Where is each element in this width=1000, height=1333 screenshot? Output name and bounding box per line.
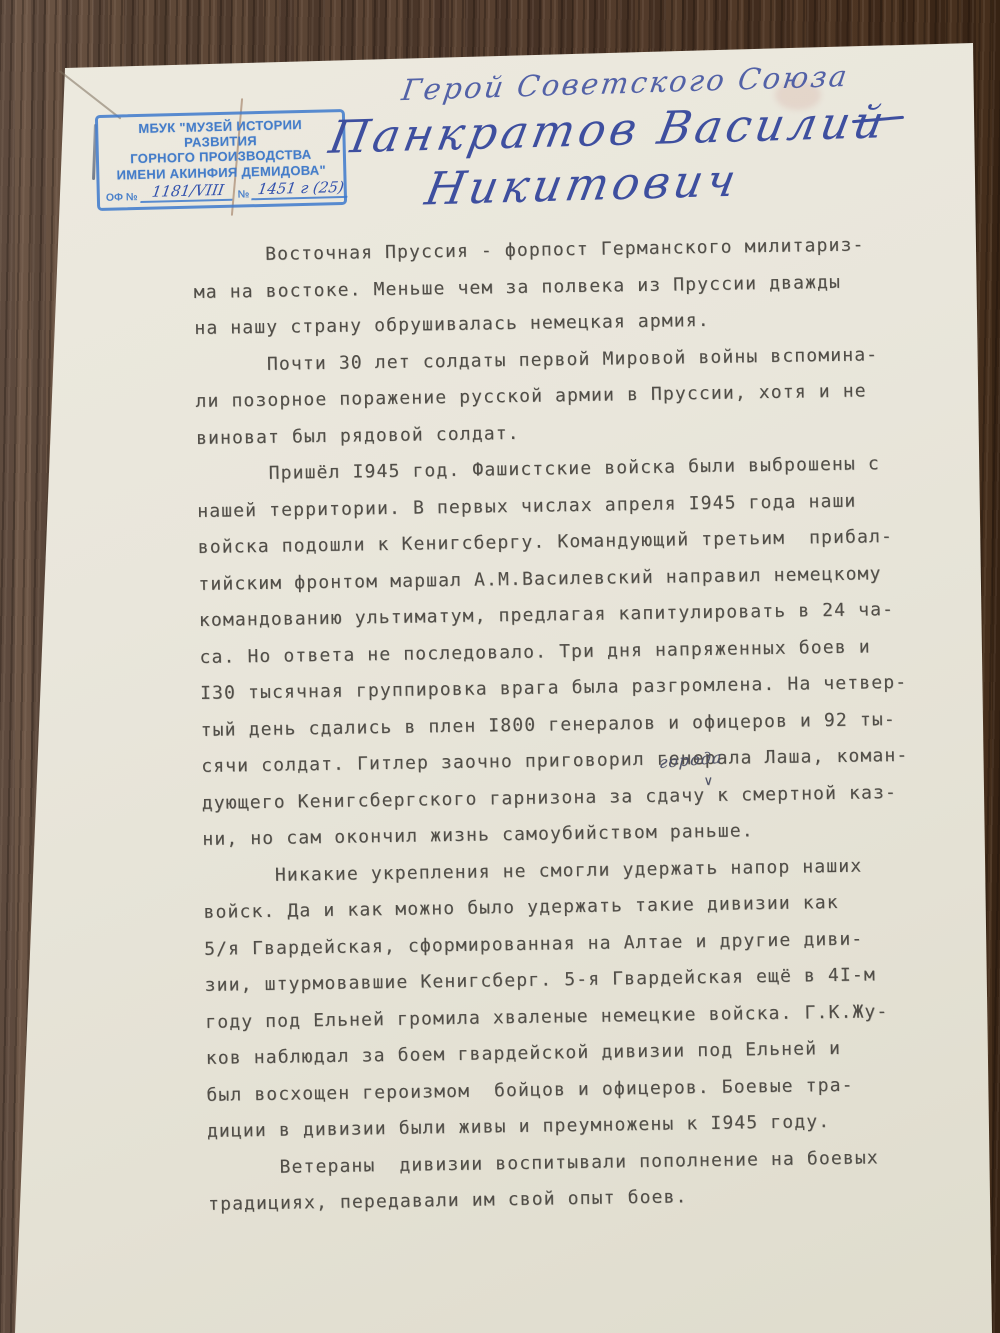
stamp-field2-label: №: [237, 188, 249, 200]
museum-stamp: МБУК "МУЗЕЙ ИСТОРИИ РАЗВИТИЯ ГОРНОГО ПРО…: [95, 109, 347, 211]
stamp-field1-label: ОФ №: [106, 191, 138, 204]
insertion-caret-mark: ∨: [703, 774, 714, 789]
typed-text-block: Восточная Пруссия - форпост Германского …: [193, 230, 938, 1227]
stamp-field2-value: 1451 г (25): [252, 178, 351, 200]
typed-lines: Восточная Пруссия - форпост Германского …: [193, 230, 938, 1227]
handwritten-patronymic: Никитович: [421, 153, 744, 215]
photo-of-document: МБУК "МУЗЕЙ ИСТОРИИ РАЗВИТИЯ ГОРНОГО ПРО…: [0, 0, 1000, 1333]
stamp-field1-value: 1181/VIII: [140, 181, 235, 203]
stamp-inventory-fields: ОФ № 1181/VIII № 1451 г (25): [106, 178, 338, 204]
